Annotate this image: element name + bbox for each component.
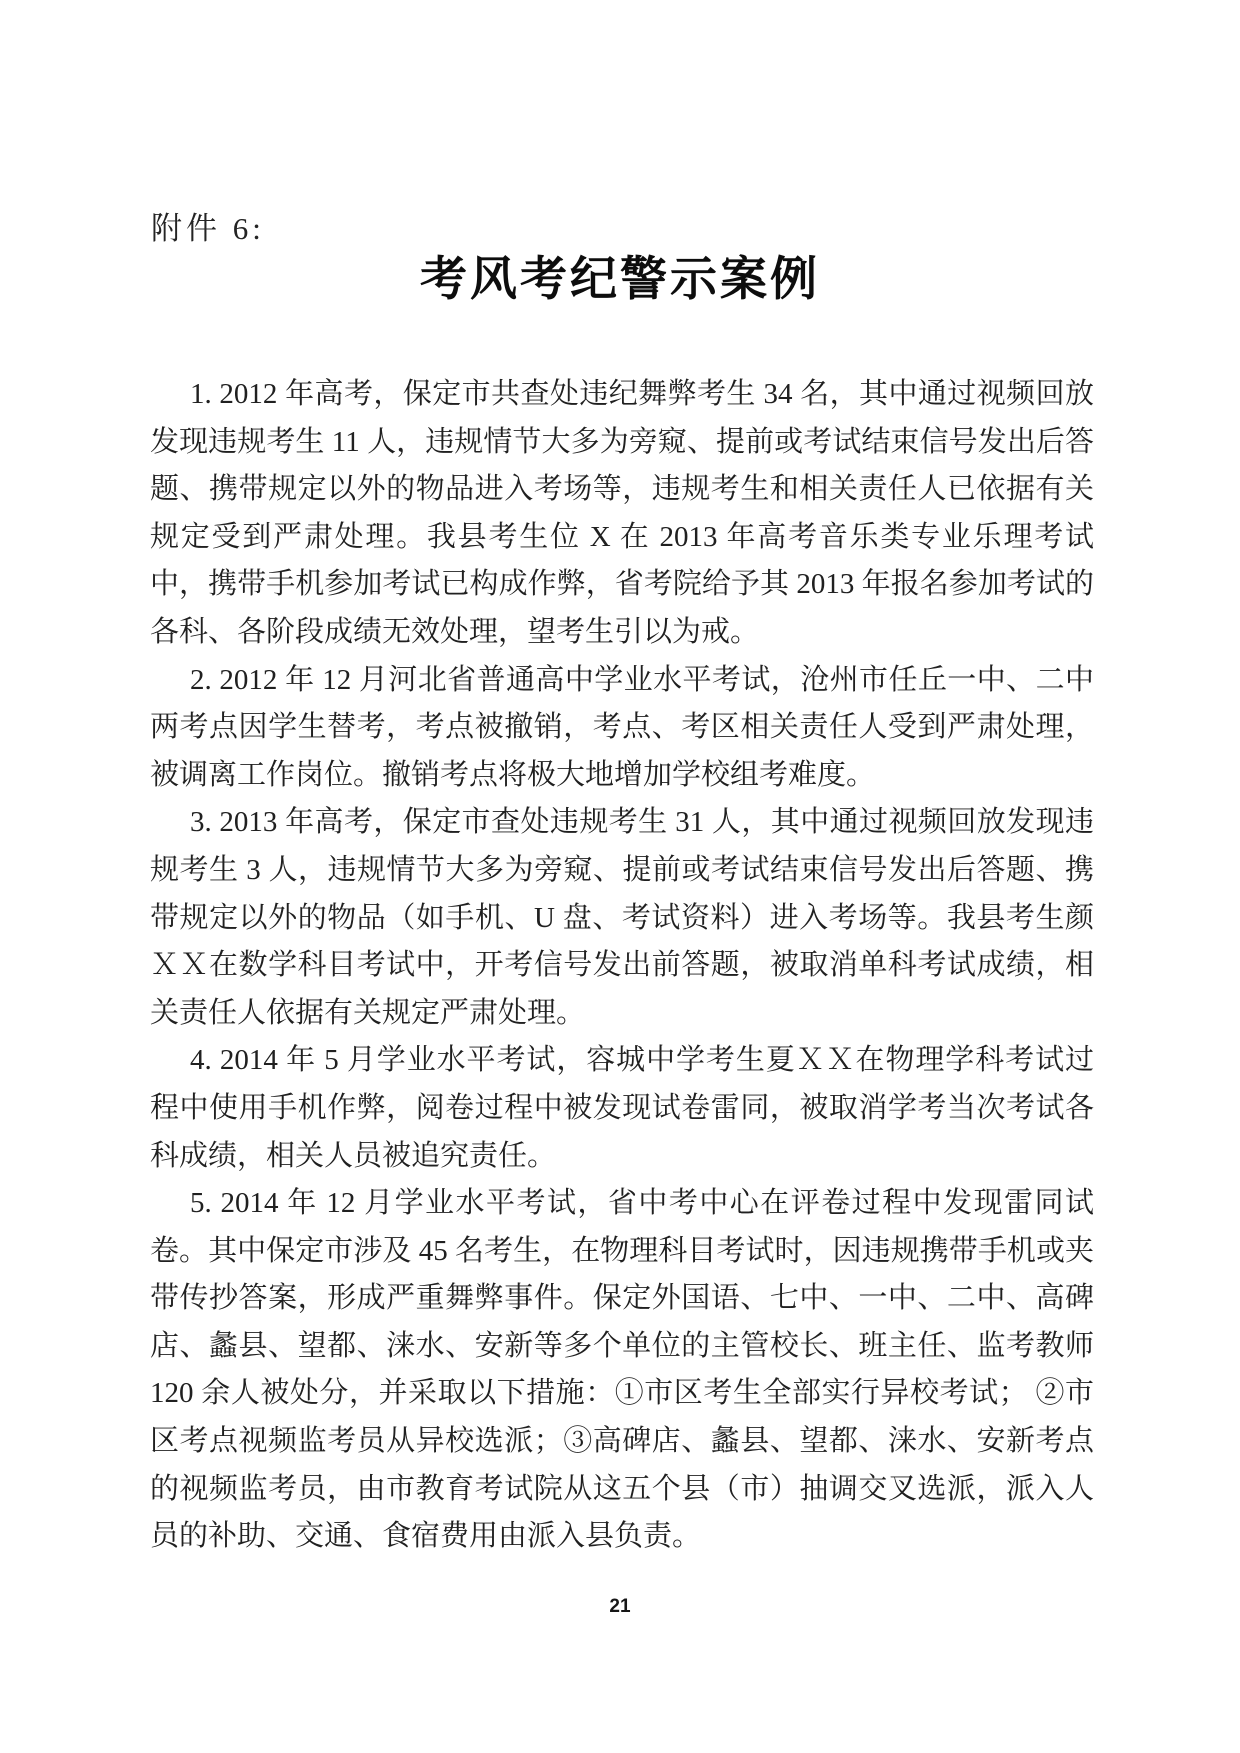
paragraph-case-5: 5. 2014 年 12 月学业水平考试，省中考中心在评卷过程中发现雷同试卷。其… [150, 1180, 1094, 1561]
paragraph-case-2: 2. 2012 年 12 月河北省普通高中学业水平考试，沧州市任丘一中、二中两考… [150, 657, 1094, 800]
paragraph-case-4: 4. 2014 年 5 月学业水平考试，容城中学考生夏ＸＸ在物理学科考试过程中使… [150, 1037, 1094, 1180]
paragraph-case-1: 1. 2012 年高考，保定市共查处违纪舞弊考生 34 名，其中通过视频回放发现… [150, 371, 1094, 657]
attachment-label: 附件 6: [151, 212, 265, 246]
document-page: 附件 6: 考风考纪警示案例 1. 2012 年高考，保定市共查处违纪舞弊考生 … [0, 0, 1240, 1753]
document-title: 考风考纪警示案例 [0, 250, 1240, 311]
paragraph-case-3: 3. 2013 年高考，保定市查处违规考生 31 人，其中通过视频回放发现违规考… [150, 799, 1094, 1037]
document-body: 1. 2012 年高考，保定市共查处违纪舞弊考生 34 名，其中通过视频回放发现… [150, 371, 1094, 1561]
page-number: 21 [0, 1596, 1240, 1618]
